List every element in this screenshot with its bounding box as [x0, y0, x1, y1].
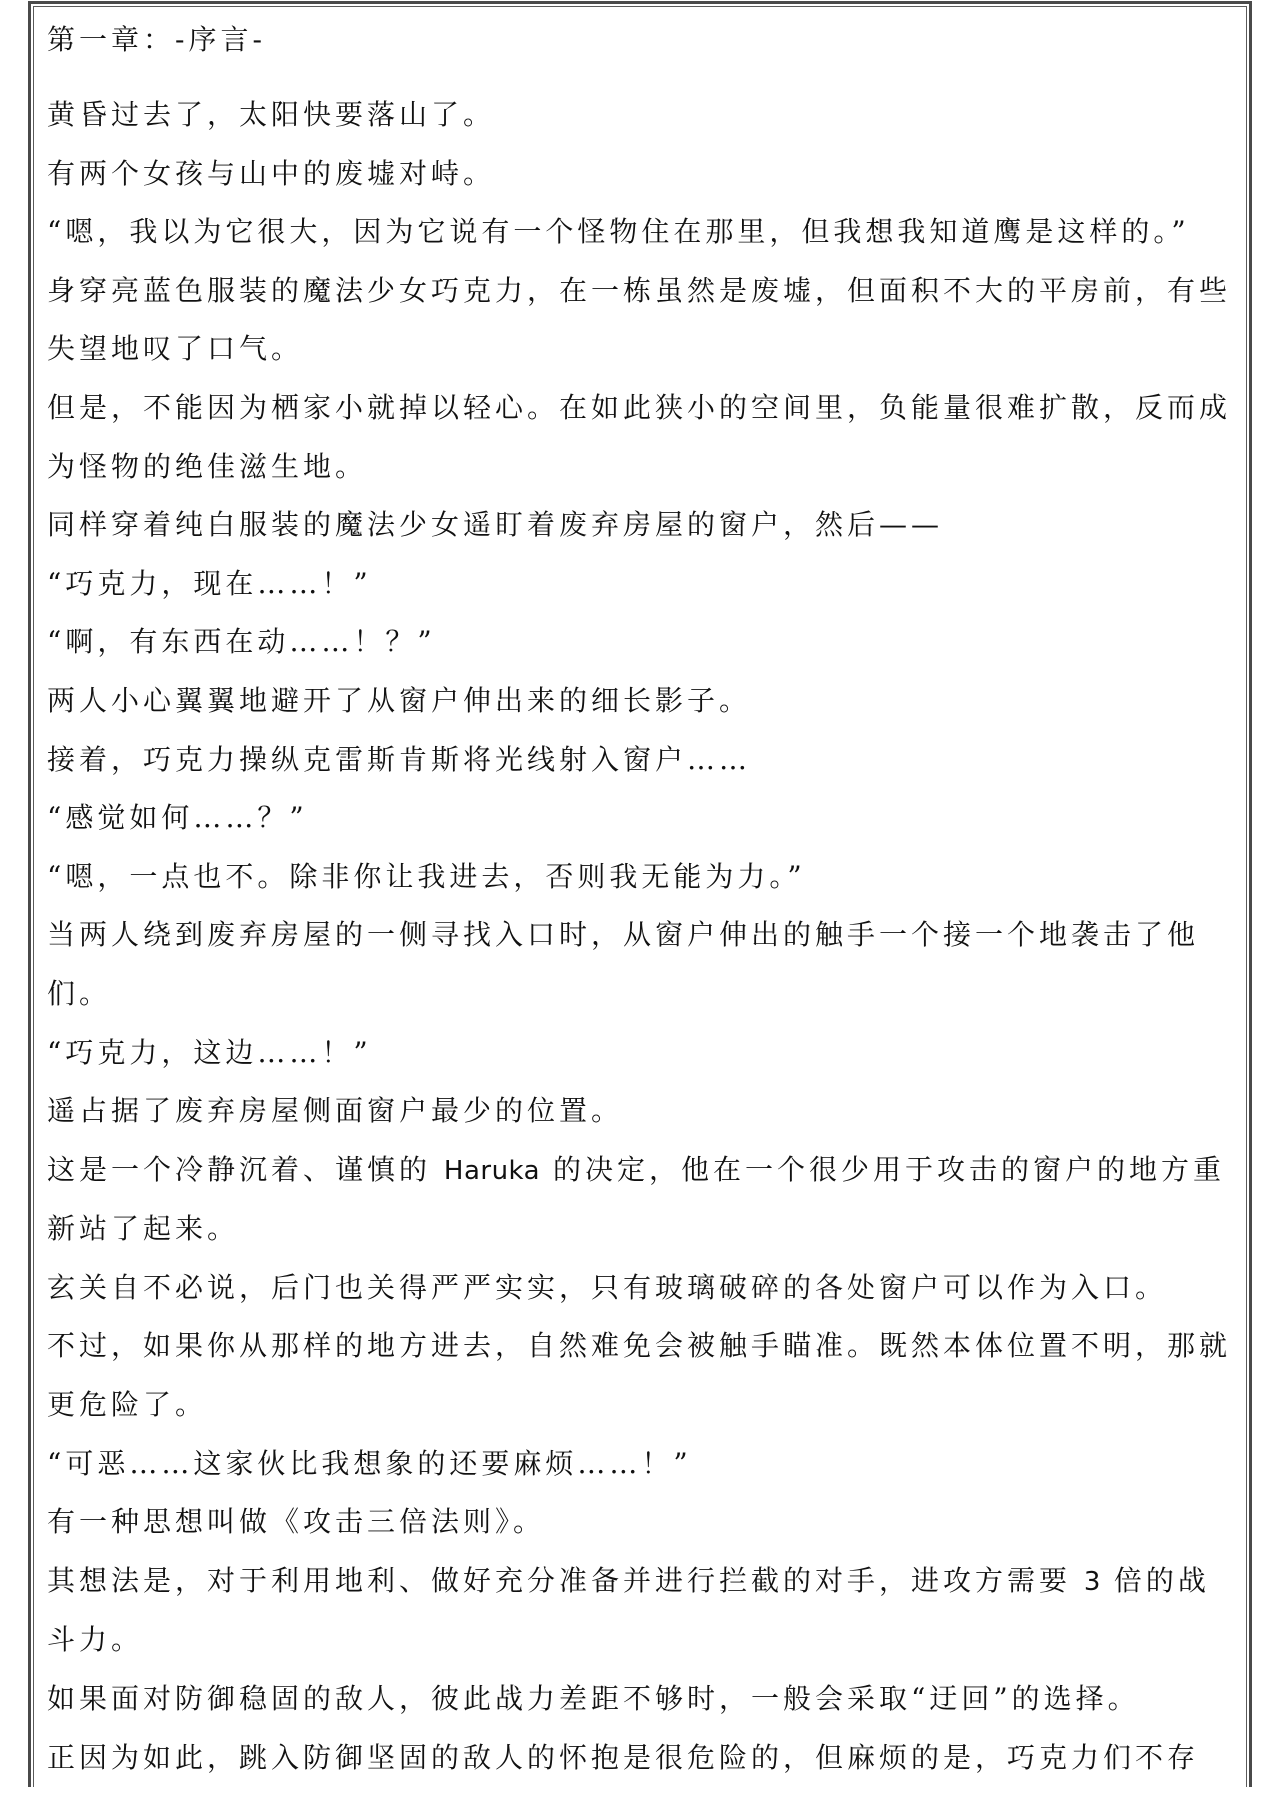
latin-name: Haruka — [444, 1156, 540, 1186]
paragraph: 不过，如果你从那样的地方进去，自然难免会被触手瞄准。既然本体位置不明，那就更危险… — [47, 1317, 1232, 1434]
paragraph: 正因为如此，跳入防御坚固的敌人的怀抱是很危险的，但麻烦的是，巧克力们不存 — [47, 1729, 1232, 1788]
paragraph: 有两个女孩与山中的废墟对峙。 — [47, 145, 1232, 204]
dialogue-line: “巧克力，这边……！” — [47, 1024, 1232, 1083]
dialogue-line: “可恶……这家伙比我想象的还要麻烦……！” — [47, 1435, 1232, 1494]
paragraph: 两人小心翼翼地避开了从窗户伸出来的细长影子。 — [47, 672, 1232, 731]
paragraph-with-latin: 这是一个冷静沉着、谨慎的 Haruka 的决定，他在一个很少用于攻击的窗户的地方… — [47, 1141, 1232, 1259]
paragraph: 如果面对防御稳固的敌人，彼此战力差距不够时，一般会采取“迂回”的选择。 — [47, 1670, 1232, 1729]
paragraph: 遥占据了废弃房屋侧面窗户最少的位置。 — [47, 1082, 1232, 1141]
paragraph-with-latin: 其想法是，对于利用地利、做好充分准备并进行拦截的对手，进攻方需要 3 倍的战斗力… — [47, 1552, 1232, 1670]
paragraph: “嗯，我以为它很大，因为它说有一个怪物住在那里，但我想我知道鹰是这样的。” — [47, 203, 1232, 262]
paragraph: 黄昏过去了，太阳快要落山了。 — [47, 86, 1232, 145]
paragraph: 同样穿着纯白服装的魔法少女遥盯着废弃房屋的窗户，然后—— — [47, 496, 1232, 555]
paragraph: 但是，不能因为栖家小就掉以轻心。在如此狭小的空间里，负能量很难扩散，反而成为怪物… — [47, 379, 1232, 496]
paragraph: 身穿亮蓝色服装的魔法少女巧克力，在一栋虽然是废墟，但面积不大的平房前，有些失望地… — [47, 262, 1232, 379]
dialogue-line: “嗯，一点也不。除非你让我进去，否则我无能为力。” — [47, 848, 1232, 907]
paragraph: 当两人绕到废弃房屋的一侧寻找入口时，从窗户伸出的触手一个接一个地袭击了他们。 — [47, 906, 1232, 1023]
paragraph: 有一种思想叫做《攻击三倍法则》。 — [47, 1493, 1232, 1552]
numeral: 3 — [1084, 1567, 1101, 1597]
chapter-title: 第一章：-序言- — [47, 18, 1232, 62]
dialogue-line: “感觉如何……？” — [47, 789, 1232, 848]
dialogue-line: “啊，有东西在动……！？” — [47, 613, 1232, 672]
paragraph: 玄关自不必说，后门也关得严严实实，只有玻璃破碎的各处窗户可以作为入口。 — [47, 1259, 1232, 1318]
text-segment: 其想法是，对于利用地利、做好充分准备并进行拦截的对手，进攻方需要 — [47, 1564, 1084, 1597]
document-body: 第一章：-序言- 黄昏过去了，太阳快要落山了。 有两个女孩与山中的废墟对峙。 “… — [47, 18, 1232, 1787]
paragraph: 接着，巧克力操纵克雷斯肯斯将光线射入窗户…… — [47, 731, 1232, 790]
dialogue-line: “巧克力，现在……！” — [47, 555, 1232, 614]
text-segment: 这是一个冷静沉着、谨慎的 — [47, 1153, 444, 1186]
